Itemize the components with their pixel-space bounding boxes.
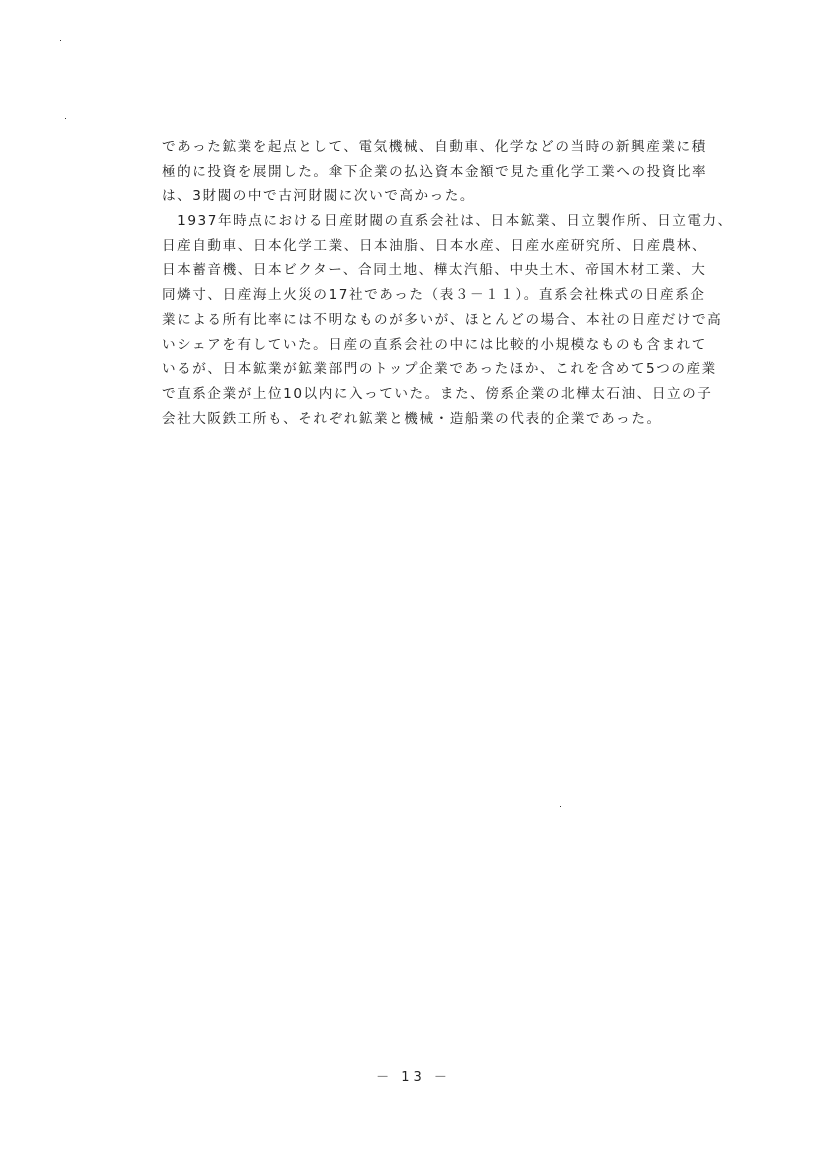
text-line: 同燐寸、日産海上火災の17社であった（表３－１１）。直系会社株式の日産系企 bbox=[162, 283, 727, 308]
page-number: － 13 － bbox=[0, 1066, 827, 1085]
paragraph-2: 1937年時点における日産財閥の直系会社は、日本鉱業、日立製作所、日立電力、 日… bbox=[162, 209, 727, 431]
scan-speck bbox=[560, 806, 561, 807]
scan-speck bbox=[60, 40, 61, 41]
text-line: いシェアを有していた。日産の直系会社の中には比較的小規模なものも含まれて bbox=[162, 333, 727, 358]
scan-speck bbox=[65, 118, 66, 119]
text-line: いるが、日本鉱業が鉱業部門のトップ企業であったほか、これを含めて5つの産業 bbox=[162, 357, 727, 382]
text-line: であった鉱業を起点として、電気機械、自動車、化学などの当時の新興産業に積 bbox=[162, 135, 727, 160]
body-text: であった鉱業を起点として、電気機械、自動車、化学などの当時の新興産業に積 極的に… bbox=[162, 135, 727, 431]
text-line: 会社大阪鉄工所も、それぞれ鉱業と機械・造船業の代表的企業であった。 bbox=[162, 407, 727, 432]
text-line: で直系企業が上位10以内に入っていた。また、傍系企業の北樺太石油、日立の子 bbox=[162, 382, 727, 407]
text-line: 日本蓄音機、日本ビクター、合同土地、樺太汽船、中央土木、帝国木材工業、大 bbox=[162, 258, 727, 283]
text-line: 1937年時点における日産財閥の直系会社は、日本鉱業、日立製作所、日立電力、 bbox=[162, 209, 727, 234]
text-line: 業による所有比率には不明なものが多いが、ほとんどの場合、本社の日産だけで高 bbox=[162, 308, 727, 333]
text-line: は、3財閥の中で古河財閥に次いで高かった。 bbox=[162, 184, 727, 209]
document-page: であった鉱業を起点として、電気機械、自動車、化学などの当時の新興産業に積 極的に… bbox=[0, 0, 827, 1170]
text-line: 日産自動車、日本化学工業、日本油脂、日本水産、日産水産研究所、日産農林、 bbox=[162, 234, 727, 259]
paragraph-1: であった鉱業を起点として、電気機械、自動車、化学などの当時の新興産業に積 極的に… bbox=[162, 135, 727, 209]
text-line: 極的に投資を展開した。傘下企業の払込資本金額で見た重化学工業への投資比率 bbox=[162, 160, 727, 185]
